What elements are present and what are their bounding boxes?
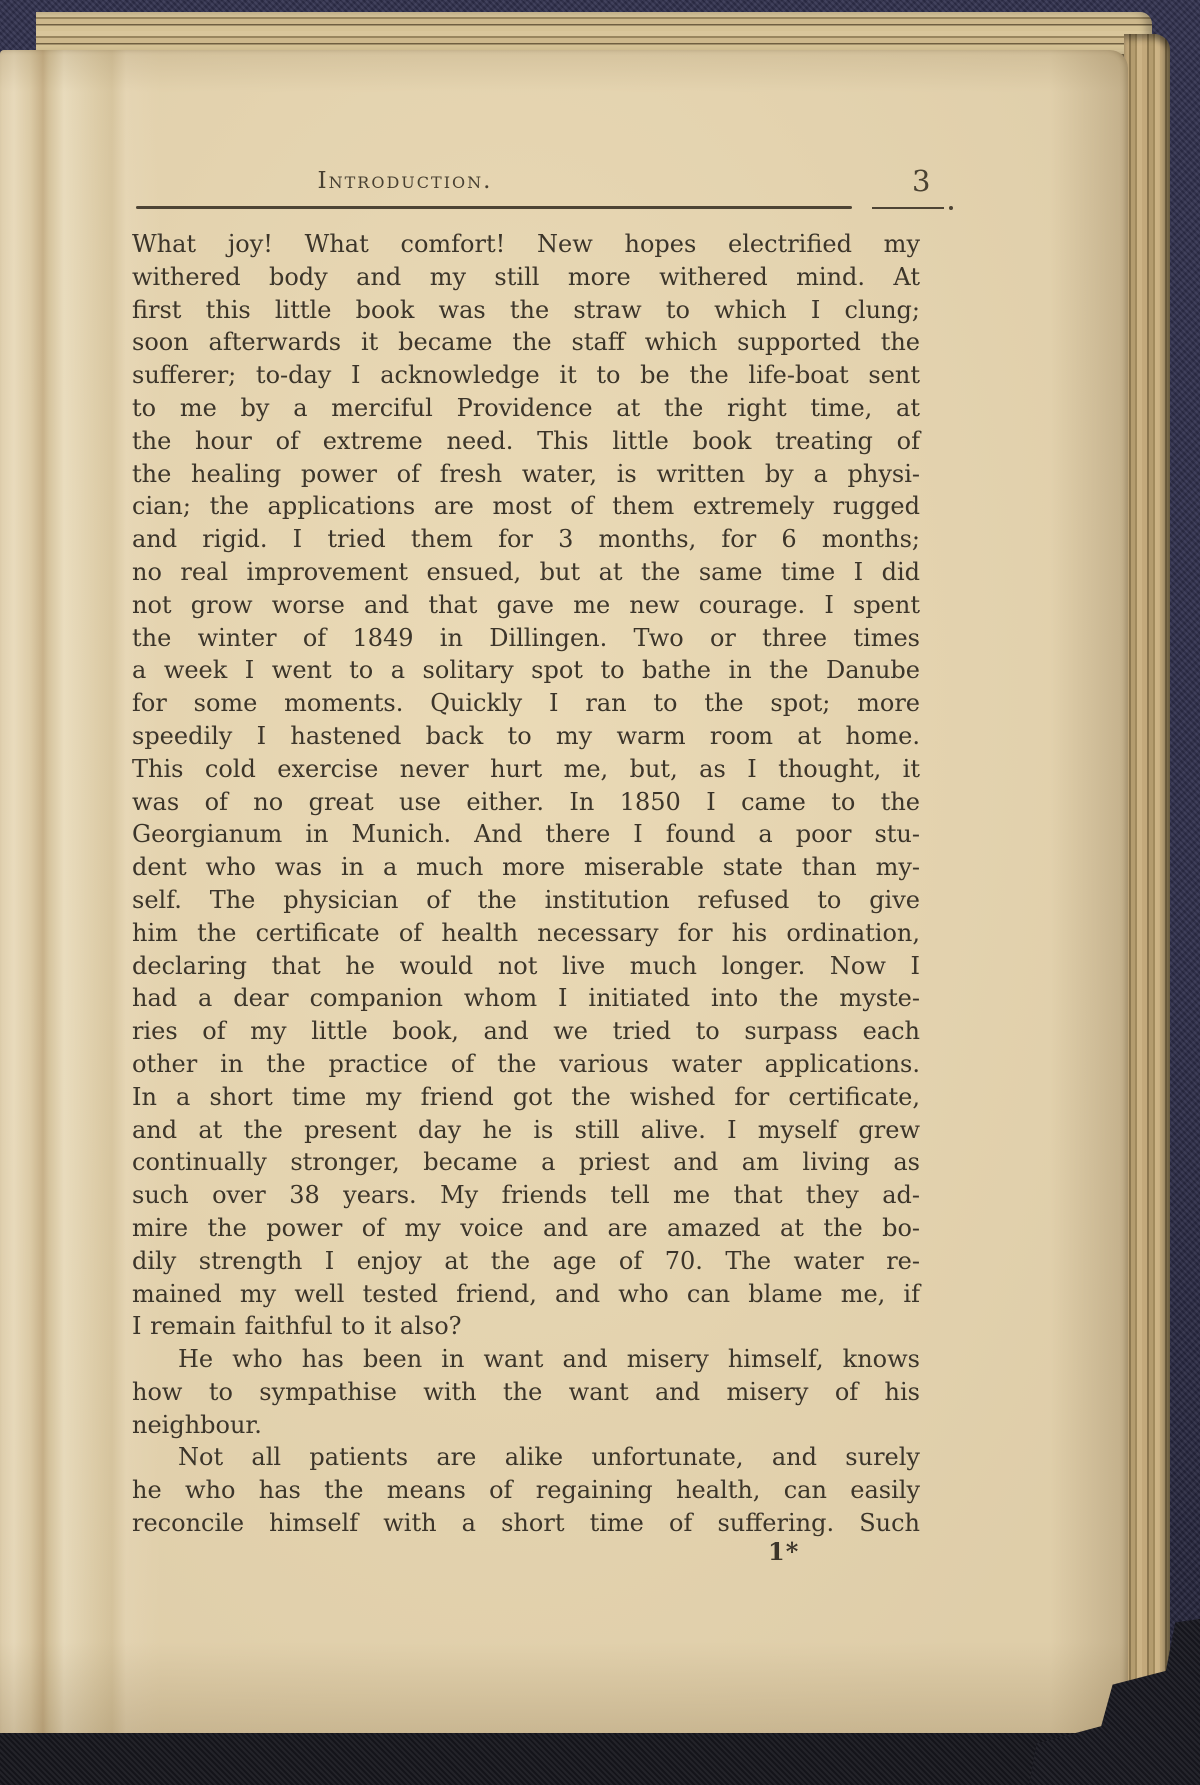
text-line: not grow worse and that gave me new cour…: [132, 589, 920, 622]
text-line: and at the present day he is still alive…: [132, 1114, 920, 1147]
header-rule-end-dot: [949, 206, 953, 210]
running-head-title: Introduction.: [205, 168, 605, 194]
text-line: him the certificate of health necessary …: [132, 917, 920, 950]
text-line: continually stronger, became a priest an…: [132, 1146, 920, 1179]
text-line: the winter of 1849 in Dillingen. Two or …: [132, 622, 920, 655]
text-line: speedily I hastened back to my warm room…: [132, 720, 920, 753]
cover-bottom-edge: [0, 1733, 1200, 1785]
text-line: This cold exercise never hurt me, but, a…: [132, 753, 920, 786]
text-line: had a dear companion whom I initiated in…: [132, 982, 920, 1015]
text-line: first this little book was the straw to …: [132, 294, 920, 327]
text-line: a week I went to a solitary spot to bath…: [132, 654, 920, 687]
text-line: sufferer; to-day I acknowledge it to be …: [132, 359, 920, 392]
text-line: dily strength I enjoy at the age of 70. …: [132, 1245, 920, 1278]
header-rule-segment: [872, 207, 944, 209]
text-line: In a short time my friend got the wished…: [132, 1081, 920, 1114]
page-number: 3: [912, 164, 930, 198]
text-line: What joy! What comfort! New hopes electr…: [132, 228, 920, 261]
text-line: such over 38 years. My friends tell me t…: [132, 1179, 920, 1212]
text-line: I remain faithful to it also?: [132, 1310, 920, 1343]
page-stack-fore-edge: [1124, 34, 1170, 1686]
book-page-photo: Introduction. 3 What joy! What comfort! …: [0, 0, 1200, 1785]
text-line: and rigid. I tried them for 3 months, fo…: [132, 523, 920, 556]
text-line: self. The physician of the institution r…: [132, 884, 920, 917]
text-line: neighbour.: [132, 1409, 920, 1442]
text-line: how to sympathise with the want and mise…: [132, 1376, 920, 1409]
text-line: no real improvement ensued, but at the s…: [132, 556, 920, 589]
text-line: he who has the means of regaining health…: [132, 1474, 920, 1507]
text-block: What joy! What comfort! New hopes electr…: [132, 228, 920, 1540]
printers-signature-mark: 1*: [768, 1537, 799, 1566]
header-rule: [136, 206, 852, 209]
text-line: the healing power of fresh water, is wri…: [132, 458, 920, 491]
text-line: withered body and my still more withered…: [132, 261, 920, 294]
text-line: mained my well tested friend, and who ca…: [132, 1278, 920, 1311]
text-line: cian; the applications are most of them …: [132, 490, 920, 523]
text-line: mire the power of my voice and are amaze…: [132, 1212, 920, 1245]
text-line: for some moments. Quickly I ran to the s…: [132, 687, 920, 720]
text-line: other in the practice of the various wat…: [132, 1048, 920, 1081]
text-line: to me by a merciful Providence at the ri…: [132, 392, 920, 425]
text-line: soon afterwards it became the staff whic…: [132, 326, 920, 359]
text-line: the hour of extreme need. This little bo…: [132, 425, 920, 458]
text-line: Georgianum in Munich. And there I found …: [132, 818, 920, 851]
text-line: He who has been in want and misery himse…: [132, 1343, 920, 1376]
text-line: was of no great use either. In 1850 I ca…: [132, 786, 920, 819]
text-line: reconcile himself with a short time of s…: [132, 1507, 920, 1540]
text-line: dent who was in a much more miserable st…: [132, 851, 920, 884]
text-line: declaring that he would not live much lo…: [132, 950, 920, 983]
text-line: ries of my little book, and we tried to …: [132, 1015, 920, 1048]
text-line: Not all patients are alike unfortunate, …: [132, 1441, 920, 1474]
